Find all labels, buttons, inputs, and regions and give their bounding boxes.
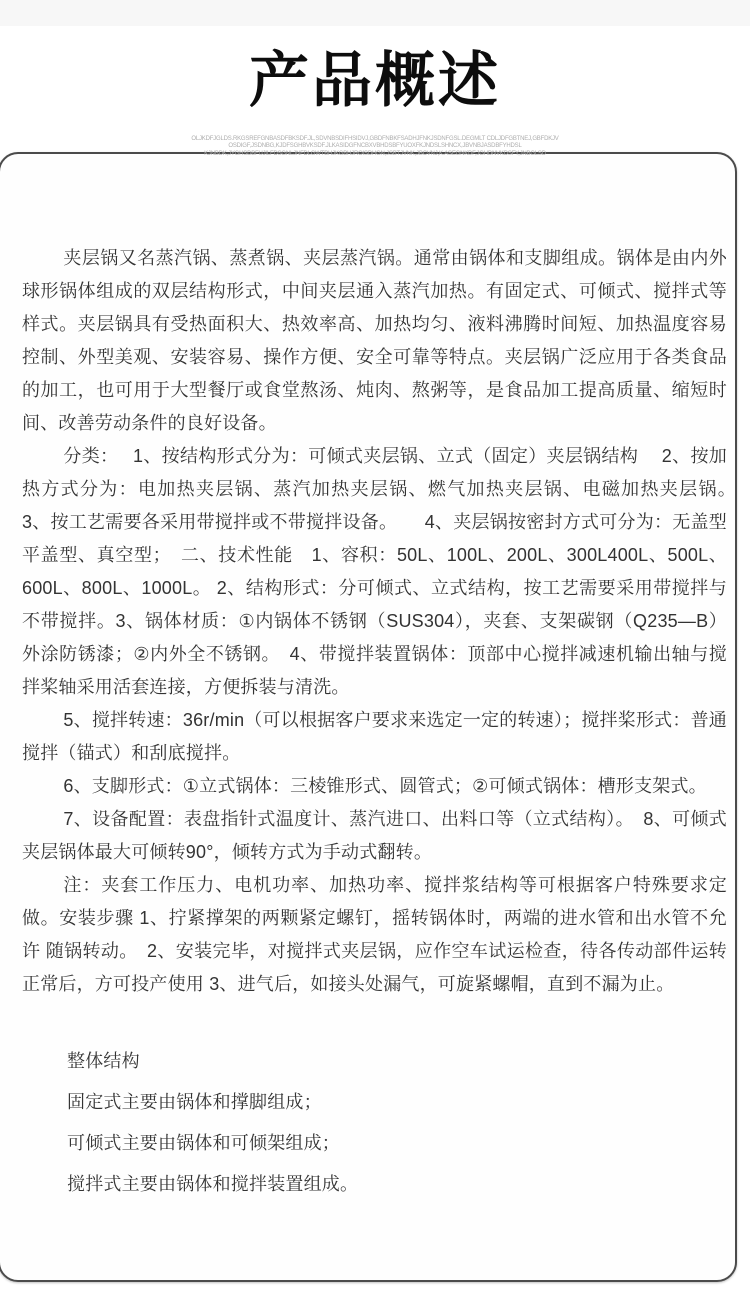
fineprint-line: OSDIGF,JSDNBG,KJDFSGHBVKSDF.JLKASIDGFNCB…	[0, 143, 750, 150]
structure-section: 整体结构 固定式主要由锅体和撑脚组成； 可倾式主要由锅体和可倾架组成； 搅拌式主…	[22, 1041, 727, 1205]
paragraph-overview: 夹层锅又名蒸汽锅、蒸煮锅、夹层蒸汽锅。通常由锅体和支脚组成。锅体是由内外球形锅体…	[22, 242, 727, 440]
paragraph-classification: 分类： 1、按结构形式分为：可倾式夹层锅、立式（固定）夹层锅结构 2、按加热方式…	[22, 440, 727, 704]
fineprint-line: OLJKDFJGLDS.RKGSREFGNBASDFBKSDF.JL,SDVNB…	[0, 136, 750, 143]
structure-item-tiltable: 可倾式主要由锅体和可倾架组成；	[67, 1123, 727, 1164]
structure-heading: 整体结构	[67, 1041, 727, 1082]
paragraph-stir-speed: 5、搅拌转速：36r/min（可以根据客户要求来选定一定的转速）；搅拌桨形式：普…	[22, 704, 727, 770]
content-card: 夹层锅又名蒸汽锅、蒸煮锅、夹层蒸汽锅。通常由锅体和支脚组成。锅体是由内外球形锅体…	[0, 152, 737, 1282]
top-band	[0, 0, 750, 26]
paragraph-equipment-config: 7、设备配置：表盘指针式温度计、蒸汽进口、出料口等（立式结构）。 8、可倾式夹层…	[22, 803, 727, 869]
paragraph-notes-install: 注：夹套工作压力、电机功率、加热功率、搅拌浆结构等可根据客户特殊要求定做。安装步…	[22, 869, 727, 1001]
paragraph-leg-forms: 6、支脚形式：①立式锅体：三棱锥形式、圆管式；②可倾式锅体：槽形支架式。	[22, 770, 727, 803]
structure-item-stirring: 搅拌式主要由锅体和搅拌装置组成。	[67, 1164, 727, 1205]
structure-item-fixed: 固定式主要由锅体和撑脚组成；	[67, 1082, 727, 1123]
page-title: 产品概述	[0, 50, 750, 112]
